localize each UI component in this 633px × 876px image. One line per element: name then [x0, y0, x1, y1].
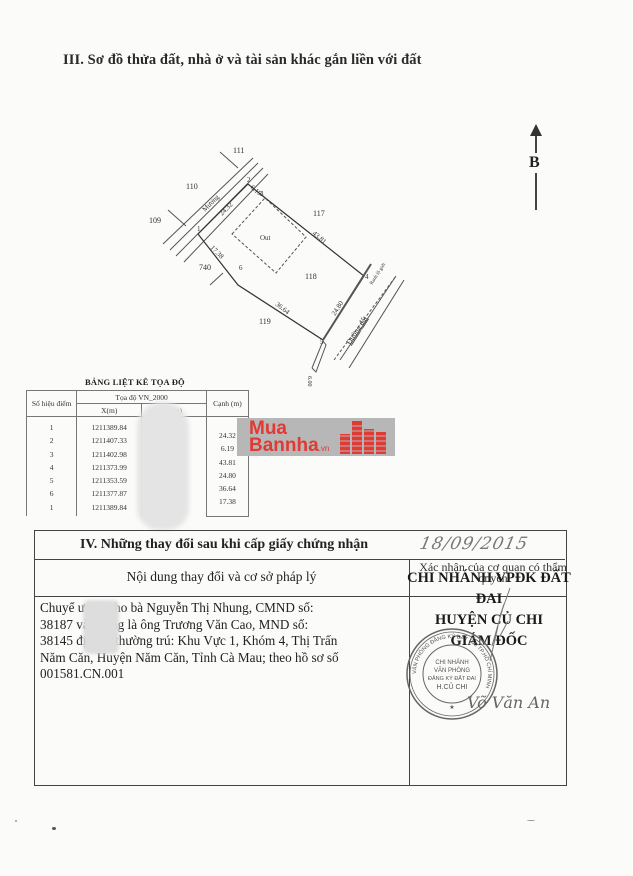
point-id-cell: 1 — [27, 421, 76, 434]
road-edge-label: Ranh lộ giới — [369, 262, 387, 286]
edge-length-cell: 36.64 — [207, 482, 248, 495]
scan-speck — [527, 820, 535, 821]
svg-text:★: ★ — [449, 704, 454, 711]
scan-speck — [15, 820, 17, 822]
land-plot-diagram: 111 110 109 117 118 740 119 Out 1 2 3 4 … — [0, 0, 633, 400]
x-coord-cell: 1211407.33 — [77, 434, 141, 447]
header-system: Tọa độ VN_2000 — [77, 391, 207, 404]
x-column: 1211389.841211407.331211402.981211373.99… — [77, 417, 142, 517]
signature-scribble — [470, 586, 520, 666]
redaction-blur-small — [83, 600, 119, 654]
handwritten-date: 18/09/2015 — [418, 534, 530, 554]
signer-name: Võ Văn An — [467, 693, 550, 712]
x-coord-cell: 1211353.59 — [77, 474, 141, 487]
x-coord-cell: 1211389.84 — [77, 421, 141, 434]
edge-length-cell: 17.38 — [207, 495, 248, 508]
coord-table-title: BẢNG LIỆT KÊ TỌA ĐỘ — [85, 377, 185, 387]
seal-line3: ĐĂNG KÝ ĐẤT ĐAI — [428, 675, 476, 682]
neighbor-110: 110 — [186, 182, 198, 191]
watermark-building-icon — [338, 420, 390, 456]
neighbor-111: 111 — [233, 146, 244, 155]
seal-line2: VĂN PHÒNG — [434, 667, 470, 674]
content-header: Nội dung thay đổi và cơ sở pháp lý — [34, 569, 409, 585]
point-id-cell: 1 — [27, 501, 76, 514]
point-id-cell: 3 — [27, 448, 76, 461]
point-4: 4 — [365, 273, 369, 281]
x-coord-cell: 1211373.99 — [77, 461, 141, 474]
point-1: 1 — [197, 225, 201, 233]
edge-length-cell: 24.80 — [207, 469, 248, 482]
x-coord-cell: 1211402.98 — [77, 448, 141, 461]
road-width-label: 6.00 — [306, 376, 312, 387]
header-x: X(m) — [77, 404, 142, 417]
watermark-logo: Mua Bannha.vn — [249, 420, 329, 457]
point-id-cell: 6 — [27, 487, 76, 500]
point-5: 5 — [320, 338, 324, 346]
watermark-line2: Bannha — [249, 435, 319, 456]
seal-line4: H.CỦ CHI — [436, 682, 467, 691]
scan-speck — [52, 827, 56, 830]
point-column: 1234561 — [27, 417, 77, 517]
x-coord-cell: 1211389.84 — [77, 501, 141, 514]
x-coord-cell: 1211377.87 — [77, 487, 141, 500]
point-2: 2 — [247, 176, 251, 184]
redaction-blur — [137, 402, 189, 530]
content-line: 001581.CN.001 — [40, 666, 393, 683]
neighbor-109: 109 — [149, 216, 161, 225]
neighbor-740: 740 — [199, 263, 211, 272]
header-edge: Cạnh (m) — [206, 391, 248, 417]
point-6: 6 — [239, 264, 243, 272]
edge-3-4: 43.81 — [311, 229, 329, 246]
edge-1-2: 24.32 — [218, 200, 235, 217]
section-4-title: IV. Những thay đổi sau khi cấp giấy chứn… — [34, 537, 414, 553]
neighbor-118: 118 — [305, 272, 317, 281]
header-point: Số hiệu điểm — [27, 391, 77, 417]
edge-length-cell: 43.81 — [207, 456, 248, 469]
house-label: Out — [260, 234, 271, 242]
point-id-cell: 4 — [27, 461, 76, 474]
neighbor-119: 119 — [259, 317, 271, 326]
point-id-cell: 5 — [27, 474, 76, 487]
point-id-cell: 2 — [27, 434, 76, 447]
neighbor-117: 117 — [313, 209, 325, 218]
seal-line1: CHI NHÁNH — [435, 659, 468, 666]
watermark-suffix: .vn — [319, 444, 330, 453]
